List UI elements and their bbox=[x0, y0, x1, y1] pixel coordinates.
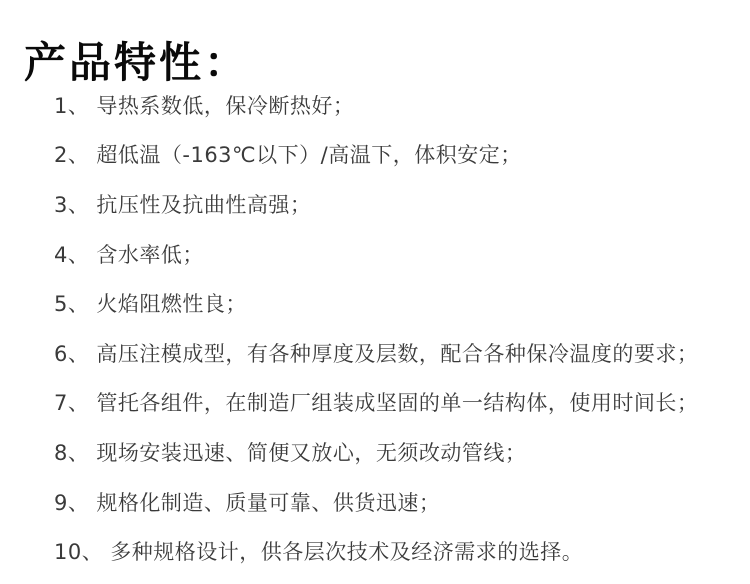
feature-number: 8、 bbox=[54, 437, 89, 467]
feature-item: 9、 规格化制造、质量可靠、供货迅速； bbox=[54, 477, 740, 527]
feature-item: 3、 抗压性及抗曲性高强； bbox=[54, 179, 740, 229]
feature-number: 7、 bbox=[54, 387, 89, 417]
feature-item: 1、 导热系数低，保冷断热好； bbox=[54, 80, 740, 130]
feature-text: 多种规格设计，供各层次技术及经济需求的选择。 bbox=[110, 536, 583, 566]
feature-text: 抗压性及抗曲性高强； bbox=[96, 189, 311, 219]
feature-number: 3、 bbox=[54, 189, 89, 219]
feature-number: 5、 bbox=[54, 288, 89, 318]
feature-number: 1、 bbox=[54, 90, 89, 120]
feature-list: 1、 导热系数低，保冷断热好； 2、 超低温（-163℃以下）/高温下，体积安定… bbox=[54, 80, 740, 576]
feature-number: 6、 bbox=[54, 338, 89, 368]
feature-item: 8、 现场安装迅速、简便又放心，无须改动管线； bbox=[54, 427, 740, 477]
feature-number: 4、 bbox=[54, 239, 89, 269]
feature-text: 规格化制造、质量可靠、供货迅速； bbox=[96, 487, 440, 517]
feature-item: 7、 管托各组件，在制造厂组装成坚固的单一结构体，使用时间长； bbox=[54, 378, 740, 428]
feature-item: 5、 火焰阻燃性良； bbox=[54, 278, 740, 328]
feature-text: 现场安装迅速、简便又放心，无须改动管线； bbox=[96, 437, 526, 467]
feature-text: 导热系数低，保冷断热好； bbox=[96, 90, 354, 120]
feature-item: 4、 含水率低； bbox=[54, 229, 740, 279]
feature-number: 9、 bbox=[54, 487, 89, 517]
feature-text: 高压注模成型，有各种厚度及层数，配合各种保冷温度的要求； bbox=[96, 338, 698, 368]
feature-text: 含水率低； bbox=[96, 239, 204, 269]
feature-item: 10、 多种规格设计，供各层次技术及经济需求的选择。 bbox=[54, 526, 740, 576]
feature-text: 火焰阻燃性良； bbox=[96, 288, 247, 318]
feature-text: 超低温（-163℃以下）/高温下，体积安定； bbox=[96, 139, 521, 169]
feature-text: 管托各组件，在制造厂组装成坚固的单一结构体，使用时间长； bbox=[96, 387, 698, 417]
feature-item: 2、 超低温（-163℃以下）/高温下，体积安定； bbox=[54, 130, 740, 180]
feature-number: 2、 bbox=[54, 139, 89, 169]
feature-number: 10、 bbox=[54, 536, 103, 566]
feature-item: 6、 高压注模成型，有各种厚度及层数，配合各种保冷温度的要求； bbox=[54, 328, 740, 378]
product-features-page: 产品特性： 1、 导热系数低，保冷断热好； 2、 超低温（-163℃以下）/高温… bbox=[0, 0, 750, 584]
